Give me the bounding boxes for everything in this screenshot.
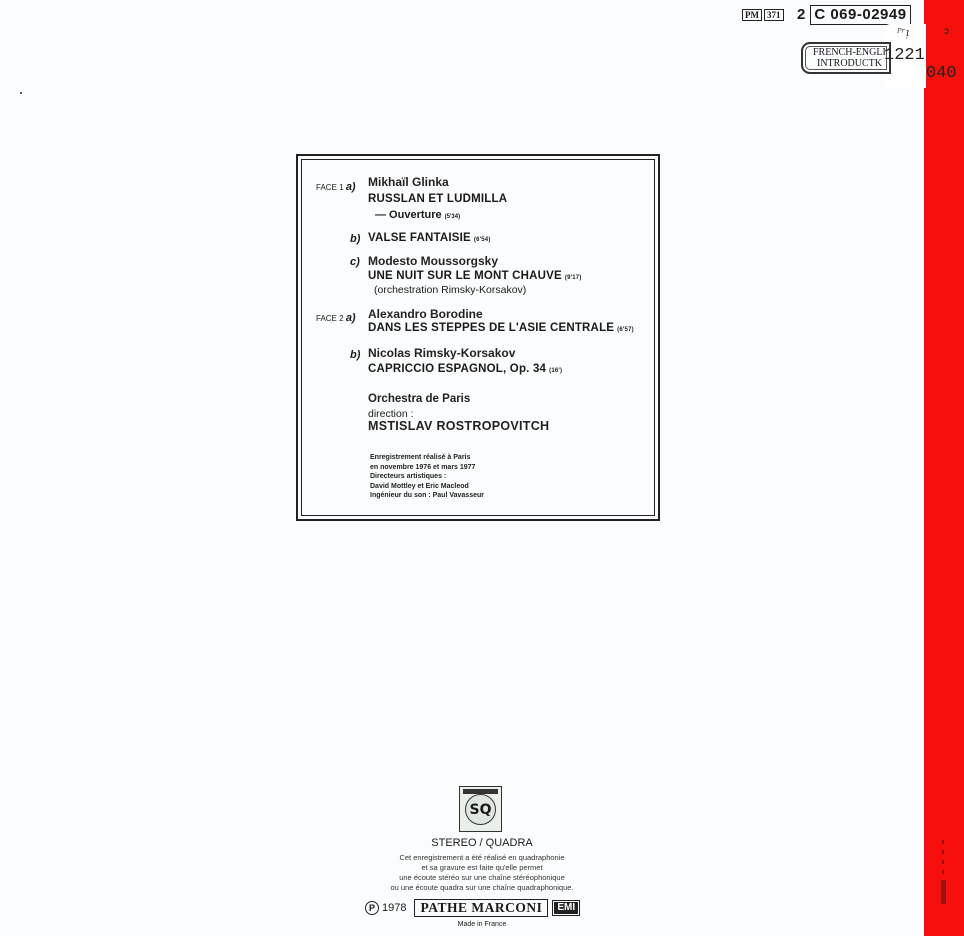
sticker-number-a: 1221 <box>884 46 925 65</box>
red-spine-strip <box>924 0 964 936</box>
track-letter: a) <box>346 312 356 324</box>
corner-mark: ɔ <box>944 26 949 37</box>
pm-number: 371 <box>764 9 784 21</box>
quadraphonic-notice: Cet enregistrement a été réalisé en quad… <box>0 853 964 893</box>
phonogram-copyright-icon: P <box>365 901 379 915</box>
track-title: VALSE FANTAISIE(6'54) <box>368 232 491 244</box>
sticker-number-b: 040 <box>926 64 957 83</box>
composer-borodine: Alexandro Borodine <box>368 307 483 321</box>
paper-speck <box>20 92 22 94</box>
sticker-label-line1: FRENCH-ENGLI <box>813 47 889 58</box>
pm-prefix: PM <box>742 9 762 21</box>
track-letter: b) <box>350 233 360 245</box>
tracklist-box: FACE 1 a) Mikhaïl Glinka RUSSLAN ET LUDM… <box>296 154 660 521</box>
sticker-label-line2: INTRODUCTK <box>813 58 889 69</box>
made-in-france: Made in France <box>0 921 964 928</box>
sticker-label: FRENCH-ENGLI INTRODUCTK <box>801 42 891 74</box>
label-row: P 1978 PATHE MARCONI EMI <box>365 899 580 917</box>
format-label: STEREO / QUADRA <box>0 837 964 849</box>
copyright-year: 1978 <box>382 902 406 914</box>
track-duration: (5'34) <box>445 214 460 220</box>
track-title: DANS LES STEPPES DE L'ASIE CENTRALE(6'57… <box>368 322 634 334</box>
pm-code: PM 371 <box>742 9 784 21</box>
composer-rimsky-korsakov: Nicolas Rimsky-Korsakov <box>368 346 515 360</box>
track-letter: b) <box>350 349 360 361</box>
face1-label: FACE 1 a) <box>316 181 356 193</box>
catalog-number-box: C 069-02949 <box>810 5 910 25</box>
track-subtitle: — Ouverture(5'34) <box>375 209 460 221</box>
track-letter: a) <box>346 181 356 193</box>
disc-count: 2 <box>797 6 805 24</box>
composer-moussorgsky: Modesto Moussorgsky <box>368 254 498 268</box>
conductor-name: MSTISLAV ROSTROPOVITCH <box>368 419 549 433</box>
track-title: RUSSLAN ET LUDMILLA <box>368 193 507 205</box>
track-duration: (6'54) <box>474 237 491 243</box>
orchestration-note: (orchestration Rimsky-Korsakov) <box>374 284 526 296</box>
orchestra-name: Orchestra de Paris <box>368 393 470 405</box>
track-title: CAPRICCIO ESPAGNOL, Op. 34(16') <box>368 363 562 375</box>
recording-credits: Enregistrement réalisé à Paris en novemb… <box>370 453 484 501</box>
handwritten-mark: ᴾʳᴉ <box>897 26 909 39</box>
track-duration: (6'57) <box>617 327 634 333</box>
track-duration: (9'17) <box>565 275 582 281</box>
face2-label: FACE 2 a) <box>316 312 356 324</box>
track-title: UNE NUIT SUR LE MONT CHAUVE(9'17) <box>368 270 582 282</box>
emi-logo: EMI <box>552 900 580 916</box>
pathe-marconi-logo: PATHE MARCONI <box>414 899 548 917</box>
sq-logo-text: SQ <box>465 794 496 825</box>
track-duration: (16') <box>549 368 562 374</box>
track-letter: c) <box>350 256 360 268</box>
sq-quadraphonic-logo: SQ <box>459 786 502 832</box>
composer-glinka: Mikhaïl Glinka <box>368 175 449 189</box>
catalog-number: 2 C 069-02949 <box>797 5 911 25</box>
